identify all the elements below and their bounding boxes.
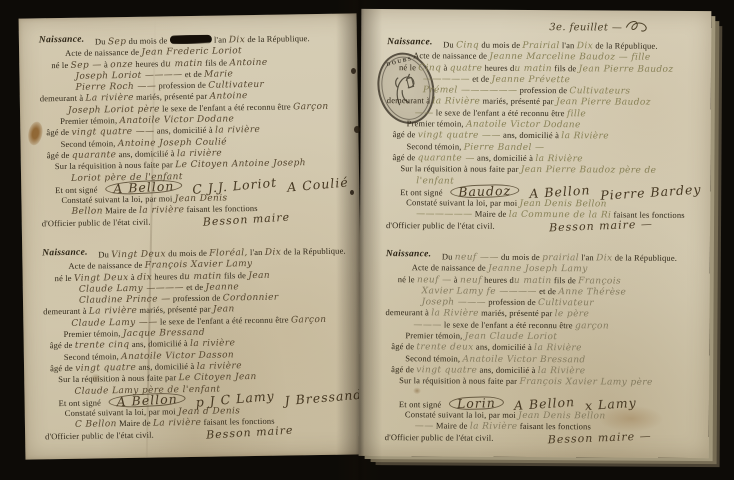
signature: A Bellon (528, 184, 590, 199)
record-line: d'Officier public de l'état civil. Besso… (385, 430, 707, 443)
printed-text: demeurant à (387, 96, 433, 106)
printed-text: âgé de (393, 130, 418, 140)
signature-circled: A Bellon (105, 179, 183, 196)
register-page-left: Naissance.Du Sep du mois de l'an Dix de … (19, 13, 364, 459)
printed-text: demeurant à (385, 308, 431, 318)
handwritten-text: Garçon (293, 102, 329, 113)
record-label: Naissance. (42, 248, 88, 259)
ink-blot (170, 35, 212, 45)
printed-text: d'Officier public de l'état civil. (45, 429, 154, 441)
printed-text: Sur la réquisition à nous faite par (399, 375, 519, 386)
printed-text: d'Officier public de l'état civil. (42, 216, 151, 228)
signature-circled: Lorin (448, 396, 503, 411)
signature-circled: Baudoz (450, 184, 519, 199)
handwritten-text: Le Citoyen Antoine Joseph (175, 158, 306, 170)
signature: Besson maire (206, 424, 294, 440)
birth-record-right-1: Naissance.Du Cinq du mois de Prairial l'… (386, 37, 709, 231)
printed-text: de la République. (612, 252, 677, 262)
record-label: Naissance. (386, 249, 432, 259)
printed-text: de la République. (245, 33, 310, 44)
handwritten-text: la Rivière (561, 132, 609, 142)
birth-record-right-2: Naissance.Du neuf —— du mois de prairial… (385, 249, 708, 443)
printed-text: né le (51, 59, 70, 69)
signature: x Lamy (584, 397, 636, 412)
handwritten-text: Dix (596, 253, 612, 263)
printed-text: âgé de (391, 341, 416, 351)
signature: Besson maire — (548, 430, 652, 445)
signature: Besson maire — (549, 218, 653, 233)
printed-text: d'Officier public de l'état civil. (385, 432, 496, 443)
folio-number-text: 3e. feuillet — (549, 22, 622, 33)
handwritten-text: Antoine (229, 57, 267, 68)
handwritten-text: garçon (575, 321, 609, 331)
handwritten-text: François Xavier Lamy père (519, 377, 652, 388)
handwritten-text: Jean Pierre Baudoz père de (521, 165, 657, 176)
flourish-paraph (624, 19, 648, 34)
record-label: Naissance. (387, 37, 433, 47)
signature: Besson maire (202, 211, 290, 227)
handwritten-text: Jean Pierre Baudoz (579, 64, 674, 75)
handwritten-text: Jean (248, 270, 270, 280)
printed-text: né le (399, 62, 418, 72)
birth-record-left-1: Naissance.Du Sep du mois de l'an Dix de … (39, 30, 360, 227)
birth-record-left-2: Naissance.Du Vingt Deux du mois de Floré… (42, 243, 363, 440)
gutter-ink-spot (350, 190, 354, 195)
printed-text: d'Officier public de l'état civil. (386, 220, 497, 231)
record-line: Sur la réquisition à nous faite par Fran… (399, 373, 707, 386)
signature-circled: A Bellon (108, 392, 186, 409)
printed-text: né le (398, 274, 417, 284)
printed-text: né le (55, 272, 74, 282)
register-page-right: 3e. feuillet — DOUBS Naissance.Du Cinq d… (359, 9, 712, 458)
signature: A Bellon (513, 396, 575, 411)
handwritten-text: Dix (265, 248, 282, 258)
printed-text: de la République. (281, 246, 346, 257)
gutter-ink-spot (351, 68, 356, 74)
handwritten-text: Garçon (291, 315, 327, 326)
scanned-register-photo: Naissance.Du Sep du mois de l'an Dix de … (0, 0, 734, 480)
gutter-ink-spot (354, 126, 360, 133)
record-label: Naissance. (39, 35, 85, 46)
folio-number: 3e. feuillet — (549, 17, 648, 36)
